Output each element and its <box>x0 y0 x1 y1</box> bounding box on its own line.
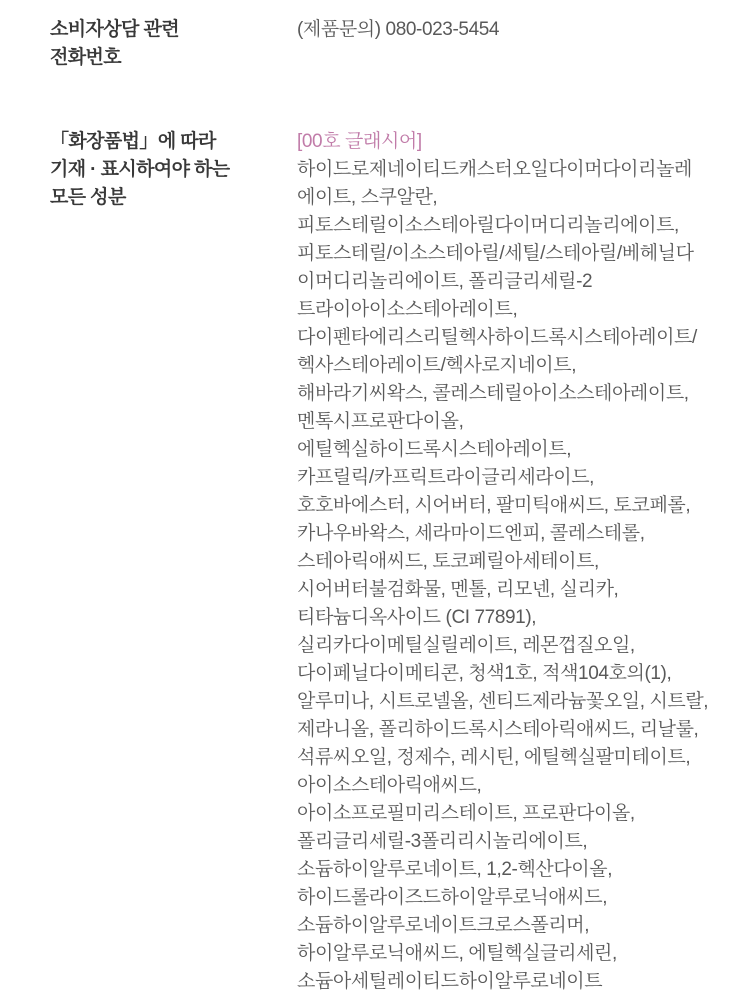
ingredients-label: 「화장품법」에 따라기재 · 표시하여야 하는모든 성분 <box>50 128 297 212</box>
ingredient-list: 하이드로제네이티드캐스터오일다이머다이리놀레에이트, 스쿠알란,피토스테릴이소스… <box>297 156 739 996</box>
ingredient-line: 티타늄디옥사이드 (CI 77891), <box>297 604 739 632</box>
ingredient-line: 하이알루로닉애씨드, 에틸헥실글리세린, <box>297 940 739 968</box>
ingredient-line: 석류씨오일, 정제수, 레시틴, 에틸헥실팔미테이트, <box>297 744 739 772</box>
ingredient-line: 해바라기씨왁스, 콜레스테릴아이소스테아레이트, <box>297 380 739 408</box>
consumer-contact-section: 소비자상담 관련전화번호 (제품문의) 080-023-5454 <box>50 16 739 72</box>
label-line: 모든 성분 <box>50 184 297 212</box>
consumer-contact-label: 소비자상담 관련전화번호 <box>50 16 297 72</box>
product-info-page: 소비자상담 관련전화번호 (제품문의) 080-023-5454 「화장품법」에… <box>0 0 749 1000</box>
ingredient-line: 시어버터불검화물, 멘톨, 리모넨, 실리카, <box>297 576 739 604</box>
ingredient-line: 실리카다이메틸실릴레이트, 레몬껍질오일, <box>297 632 739 660</box>
ingredient-line: 트라이아이소스테아레이트, <box>297 296 739 324</box>
ingredient-line: 멘톡시프로판다이올, <box>297 408 739 436</box>
label-line: 소비자상담 관련 <box>50 16 297 44</box>
ingredient-line: 헥사스테아레이트/헥사로지네이트, <box>297 352 739 380</box>
ingredient-line: 카나우바왁스, 세라마이드엔피, 콜레스테롤, <box>297 520 739 548</box>
ingredient-line: 카프릴릭/카프릭트라이글리세라이드, <box>297 464 739 492</box>
ingredient-line: 소듐하이알루로네이트크로스폴리머, <box>297 912 739 940</box>
ingredient-line: 다이페닐다이메티콘, 청색1호, 적색104호의(1), <box>297 660 739 688</box>
ingredient-line: 에이트, 스쿠알란, <box>297 184 739 212</box>
ingredient-line: 알루미나, 시트로넬올, 센티드제라늄꽃오일, 시트랄, <box>297 688 739 716</box>
ingredient-line: 아이소스테아릭애씨드, <box>297 772 739 800</box>
ingredient-line: 소듐아세틸레이티드하이알루로네이트 <box>297 968 739 996</box>
label-line: 전화번호 <box>50 44 297 72</box>
ingredient-line: 에틸헥실하이드록시스테아레이트, <box>297 436 739 464</box>
ingredient-line: 하이드로제네이티드캐스터오일다이머다이리놀레 <box>297 156 739 184</box>
shade-name-header: [00호 글래시어] <box>297 128 739 156</box>
ingredient-line: 제라니올, 폴리하이드록시스테아릭애씨드, 리날룰, <box>297 716 739 744</box>
ingredient-line: 아이소프로필미리스테이트, 프로판다이올, <box>297 800 739 828</box>
ingredient-line: 소듐하이알루로네이트, 1,2-헥산다이올, <box>297 856 739 884</box>
consumer-contact-content: (제품문의) 080-023-5454 <box>297 16 739 44</box>
ingredient-line: 피토스테릴이소스테아릴다이머디리놀리에이트, <box>297 212 739 240</box>
ingredient-line: 스테아릭애씨드, 토코페릴아세테이트, <box>297 548 739 576</box>
ingredient-line: 하이드롤라이즈드하이알루로닉애씨드, <box>297 884 739 912</box>
ingredient-line: 호호바에스터, 시어버터, 팔미틱애씨드, 토코페롤, <box>297 492 739 520</box>
label-line: 「화장품법」에 따라 <box>50 128 297 156</box>
ingredients-section: 「화장품법」에 따라기재 · 표시하여야 하는모든 성분 [00호 글래시어] … <box>50 128 739 996</box>
ingredients-content: [00호 글래시어] 하이드로제네이티드캐스터오일다이머다이리놀레에이트, 스쿠… <box>297 128 739 996</box>
ingredient-line: 이머디리놀리에이트, 폴리글리세릴-2 <box>297 268 739 296</box>
ingredient-line: 다이펜타에리스리틸헥사하이드록시스테아레이트/ <box>297 324 739 352</box>
label-line: 기재 · 표시하여야 하는 <box>50 156 297 184</box>
ingredient-line: 폴리글리세릴-3폴리리시놀리에이트, <box>297 828 739 856</box>
ingredient-line: 피토스테릴/이소스테아릴/세틸/스테아릴/베헤닐다 <box>297 240 739 268</box>
phone-number: (제품문의) 080-023-5454 <box>297 16 739 44</box>
